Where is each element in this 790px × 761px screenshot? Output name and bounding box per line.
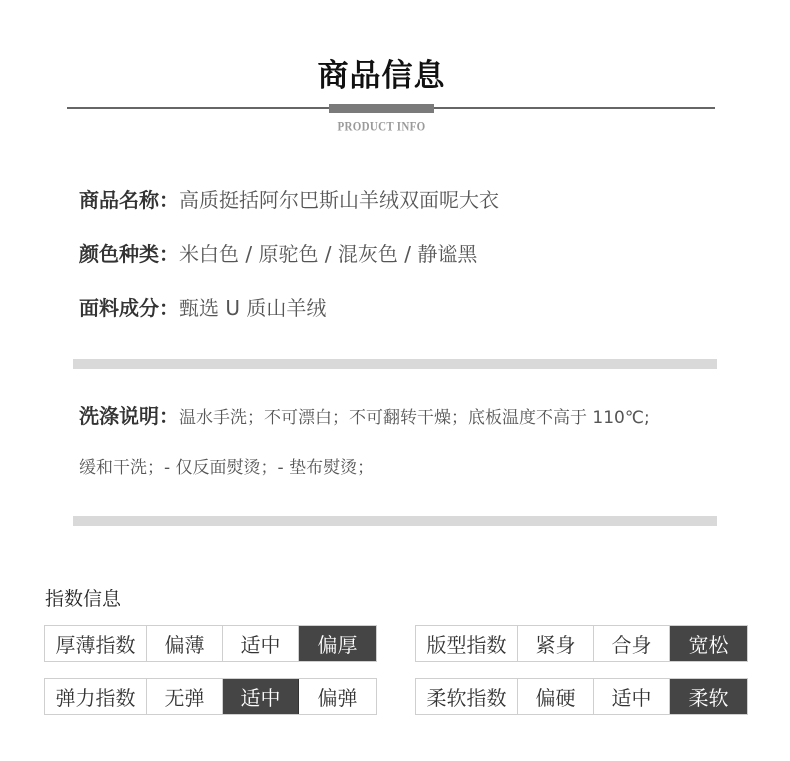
- product-fabric-label: 面料成分：: [79, 296, 179, 320]
- product-colors-label: 颜色种类：: [79, 242, 179, 266]
- fit-index-table: 版型指数 紧身 合身 宽松: [415, 625, 748, 662]
- product-colors-value: 米白色 / 原驼色 / 混灰色 / 静谧黑: [179, 242, 477, 266]
- page-title: 商品信息: [0, 56, 763, 96]
- thickness-option-medium: 适中: [223, 626, 299, 661]
- page-subtitle: PRODUCT INFO: [0, 120, 763, 133]
- thickness-index-label: 厚薄指数: [45, 626, 147, 661]
- elasticity-option-none: 无弹: [147, 679, 223, 714]
- product-colors-row: 颜色种类：米白色 / 原驼色 / 混灰色 / 静谧黑: [79, 240, 477, 268]
- section-divider-1: [73, 359, 717, 369]
- softness-option-medium: 适中: [594, 679, 670, 714]
- washing-label: 洗涤说明：: [79, 404, 179, 428]
- fit-option-regular: 合身: [594, 626, 670, 661]
- product-name-label: 商品名称：: [79, 188, 179, 212]
- softness-option-firm: 偏硬: [518, 679, 594, 714]
- softness-option-soft: 柔软: [670, 679, 747, 714]
- washing-line-2: 缓和干洗；- 仅反面熨烫；- 垫布熨烫；: [79, 455, 374, 481]
- fit-option-loose: 宽松: [670, 626, 747, 661]
- elasticity-option-stretchy: 偏弹: [299, 679, 376, 714]
- product-fabric-row: 面料成分：甄选 U 质山羊绒: [79, 294, 326, 322]
- elasticity-option-medium: 适中: [223, 679, 299, 714]
- index-section-title: 指数信息: [45, 584, 121, 611]
- fit-index-label: 版型指数: [416, 626, 518, 661]
- thickness-option-thin: 偏薄: [147, 626, 223, 661]
- product-name-row: 商品名称：高质挺括阿尔巴斯山羊绒双面呢大衣: [79, 186, 499, 214]
- title-divider-accent: [329, 104, 434, 113]
- washing-text-2: 缓和干洗；- 仅反面熨烫；- 垫布熨烫；: [79, 458, 374, 478]
- elasticity-index-label: 弹力指数: [45, 679, 147, 714]
- softness-index-table: 柔软指数 偏硬 适中 柔软: [415, 678, 748, 715]
- elasticity-index-table: 弹力指数 无弹 适中 偏弹: [44, 678, 377, 715]
- softness-index-label: 柔软指数: [416, 679, 518, 714]
- washing-line-1: 洗涤说明：温水手洗；不可漂白；不可翻转干燥；底板温度不高于 110℃;: [79, 403, 650, 431]
- washing-text-1: 温水手洗；不可漂白；不可翻转干燥；底板温度不高于 110℃;: [179, 408, 650, 428]
- thickness-option-thick: 偏厚: [299, 626, 376, 661]
- fit-option-slim: 紧身: [518, 626, 594, 661]
- product-name-value: 高质挺括阿尔巴斯山羊绒双面呢大衣: [179, 188, 499, 212]
- section-divider-2: [73, 516, 717, 526]
- thickness-index-table: 厚薄指数 偏薄 适中 偏厚: [44, 625, 377, 662]
- product-fabric-value: 甄选 U 质山羊绒: [179, 296, 326, 320]
